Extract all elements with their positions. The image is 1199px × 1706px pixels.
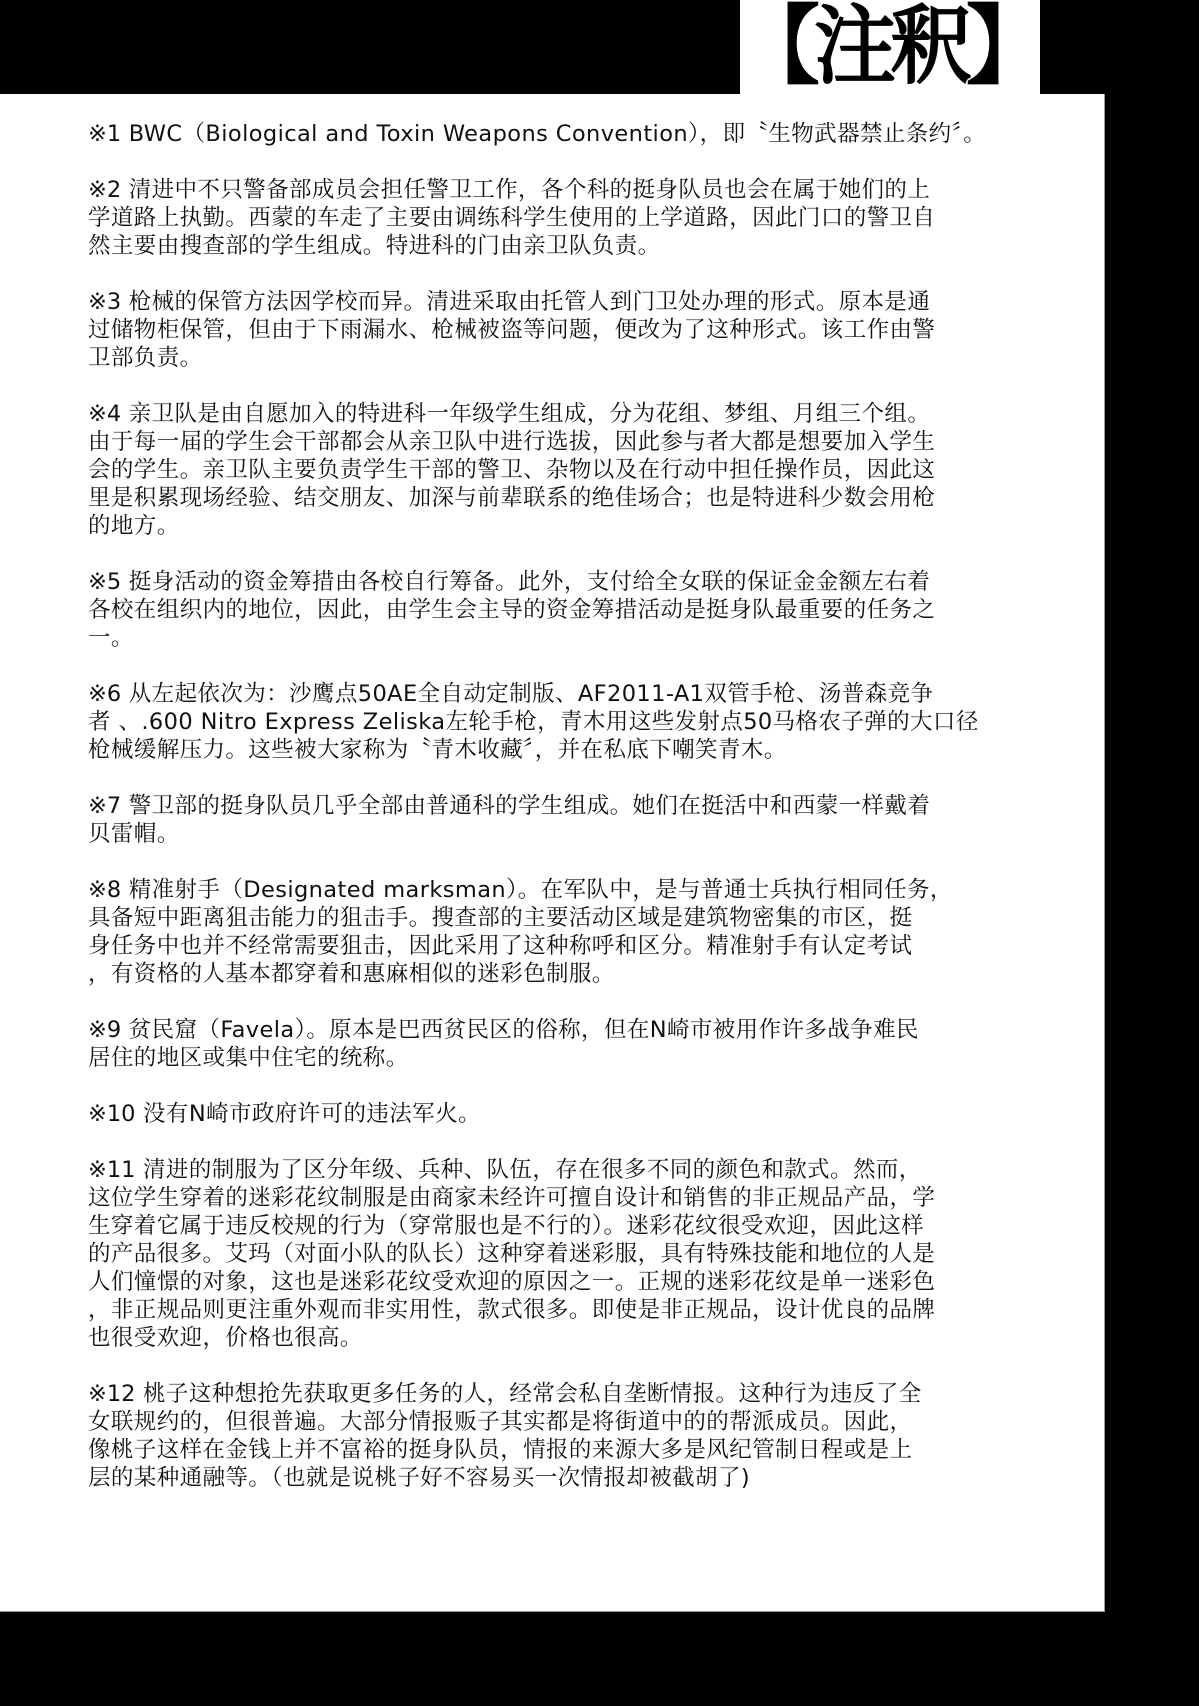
title-banner: 【注釈】 bbox=[740, 0, 1040, 94]
note-text: 清进的制服为了区分年级、兵种、队伍，存在很多不同的颜色和款式。然而， 这位学生穿… bbox=[88, 1157, 935, 1351]
note-item: ※1 BWC（Biological and Toxin Weapons Conv… bbox=[88, 120, 1068, 148]
note-number: ※8 bbox=[88, 877, 121, 903]
note-number: ※2 bbox=[88, 177, 121, 203]
note-number: ※6 bbox=[88, 681, 121, 707]
note-number: ※5 bbox=[88, 569, 121, 595]
note-text: 亲卫队是由自愿加入的特进科一年级学生组成，分为花组、梦组、月组三个组。 由于每一… bbox=[88, 401, 935, 539]
note-item: ※5 挺身活动的资金筹措由各校自行筹备。此外，支付给全女联的保证金金额左右着 各… bbox=[88, 568, 1068, 652]
note-item: ※4 亲卫队是由自愿加入的特进科一年级学生组成，分为花组、梦组、月组三个组。 由… bbox=[88, 400, 1068, 540]
note-item: ※12 桃子这种想抢先获取更多任务的人，经常会私自垄断情报。这种行为违反了全 女… bbox=[88, 1380, 1068, 1492]
note-item: ※2 清进中不只警备部成员会担任警卫工作，各个科的挺身队员也会在属于她们的上 学… bbox=[88, 176, 1068, 260]
note-text: 精准射手（Designated marksman）。在军队中，是与普通士兵执行相… bbox=[88, 877, 953, 987]
note-text: 从左起依次为：沙鹰点50AE全自动定制版、AF2011-A1双管手枪、汤普森竞争… bbox=[88, 681, 979, 763]
note-text: 桃子这种想抢先获取更多任务的人，经常会私自垄断情报。这种行为违反了全 女联规约的… bbox=[88, 1381, 922, 1491]
note-text: BWC（Biological and Toxin Weapons Convent… bbox=[121, 121, 986, 147]
notes-list: ※1 BWC（Biological and Toxin Weapons Conv… bbox=[88, 120, 1068, 1492]
note-item: ※9 贫民窟（Favela）。原本是巴西贫民区的俗称，但在N崎市被用作许多战争难… bbox=[88, 1016, 1068, 1072]
page-title: 【注釈】 bbox=[738, 0, 1042, 96]
note-item: ※3 枪械的保管方法因学校而异。清进采取由托管人到门卫处办理的形式。原本是通 过… bbox=[88, 288, 1068, 372]
note-text: 警卫部的挺身队员几乎全部由普通科的学生组成。她们在挺活中和西蒙一样戴着 贝雷帽。 bbox=[88, 793, 930, 847]
note-text: 贫民窟（Favela）。原本是巴西贫民区的俗称，但在N崎市被用作许多战争难民 居… bbox=[88, 1017, 919, 1071]
note-number: ※1 bbox=[88, 121, 121, 147]
note-number: ※10 bbox=[88, 1101, 135, 1127]
note-number: ※12 bbox=[88, 1381, 135, 1407]
note-number: ※3 bbox=[88, 289, 121, 315]
note-text: 枪械的保管方法因学校而异。清进采取由托管人到门卫处办理的形式。原本是通 过储物柜… bbox=[88, 289, 935, 371]
note-item: ※8 精准射手（Designated marksman）。在军队中，是与普通士兵… bbox=[88, 876, 1068, 988]
note-text: 清进中不只警备部成员会担任警卫工作，各个科的挺身队员也会在属于她们的上 学道路上… bbox=[88, 177, 935, 259]
note-item: ※11 清进的制服为了区分年级、兵种、队伍，存在很多不同的颜色和款式。然而， 这… bbox=[88, 1156, 1068, 1352]
note-item: ※7 警卫部的挺身队员几乎全部由普通科的学生组成。她们在挺活中和西蒙一样戴着 贝… bbox=[88, 792, 1068, 848]
note-number: ※9 bbox=[88, 1017, 121, 1043]
note-text: 没有N崎市政府许可的违法军火。 bbox=[135, 1101, 480, 1127]
note-number: ※7 bbox=[88, 793, 121, 819]
note-text: 挺身活动的资金筹措由各校自行筹备。此外，支付给全女联的保证金金额左右着 各校在组… bbox=[88, 569, 935, 651]
note-number: ※4 bbox=[88, 401, 121, 427]
note-item: ※10 没有N崎市政府许可的违法军火。 bbox=[88, 1100, 1068, 1128]
note-item: ※6 从左起依次为：沙鹰点50AE全自动定制版、AF2011-A1双管手枪、汤普… bbox=[88, 680, 1068, 764]
note-number: ※11 bbox=[88, 1157, 135, 1183]
